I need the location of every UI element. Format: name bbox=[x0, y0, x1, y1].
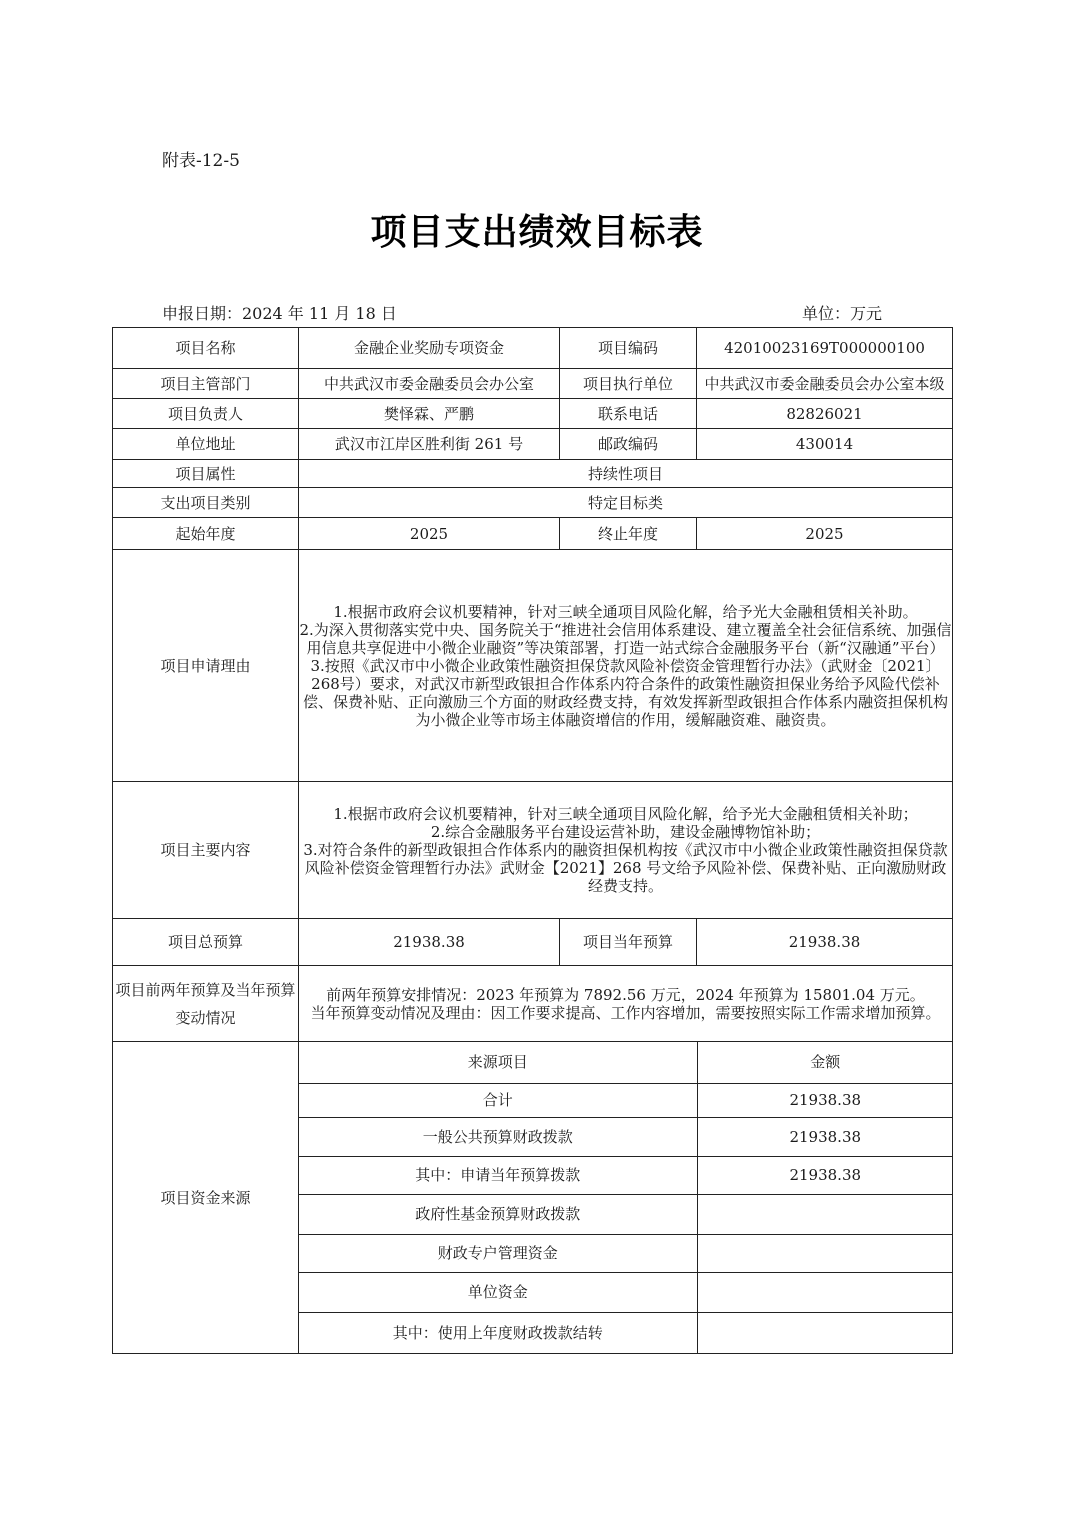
funding-label: 项目资金来源 bbox=[113, 1042, 299, 1354]
attachment-label: 附表-12-5 bbox=[162, 146, 240, 171]
department-value: 中共武汉市委金融委员会办公室 bbox=[299, 369, 560, 399]
total-budget-label: 项目总预算 bbox=[113, 919, 299, 966]
funding-amount: 21938.38 bbox=[697, 1156, 953, 1194]
reason-label: 项目申请理由 bbox=[113, 550, 299, 782]
category-value: 特定目标类 bbox=[299, 488, 953, 518]
funding-source: 财政专户管理资金 bbox=[299, 1234, 697, 1272]
funding-amount: 21938.38 bbox=[697, 1117, 953, 1156]
address-label: 单位地址 bbox=[113, 429, 299, 460]
project-code-label: 项目编码 bbox=[560, 328, 697, 369]
table-row: 项目前两年预算及当年预算变动情况 前两年预算安排情况：2023 年预算为 789… bbox=[113, 966, 953, 1042]
end-year-value: 2025 bbox=[697, 518, 953, 550]
funding-source: 其中：申请当年预算拨款 bbox=[299, 1156, 697, 1194]
owner-value: 樊怿霖、严鹏 bbox=[299, 399, 560, 429]
postcode-label: 邮政编码 bbox=[560, 429, 697, 460]
reason-paragraph: 2.为深入贯彻落实党中央、国务院关于“推进社会信用体系建设、建立覆盖全社会征信系… bbox=[299, 621, 952, 657]
content-value: 1.根据市政府会议机要精神，针对三峡全通项目风险化解，给予光大金融租赁相关补助；… bbox=[299, 782, 953, 919]
funding-amount bbox=[697, 1234, 953, 1272]
budget-change-paragraph: 前两年预算安排情况：2023 年预算为 7892.56 万元，2024 年预算为… bbox=[299, 986, 952, 1004]
phone-value: 82826021 bbox=[697, 399, 953, 429]
table-row: 起始年度 2025 终止年度 2025 bbox=[113, 518, 953, 550]
funding-row: 一般公共预算财政拨款 21938.38 bbox=[299, 1117, 953, 1156]
funding-amount bbox=[697, 1194, 953, 1234]
reason-value: 1.根据市政府会议机要精神，针对三峡全通项目风险化解，给予光大金融租赁相关补助。… bbox=[299, 550, 953, 782]
owner-label: 项目负责人 bbox=[113, 399, 299, 429]
funding-header-row: 来源项目 金额 bbox=[299, 1042, 953, 1083]
funding-source: 单位资金 bbox=[299, 1272, 697, 1312]
reason-paragraph: 3.按照《武汉市中小微企业政策性融资担保贷款风险补偿资金管理暂行办法》（武财金〔… bbox=[299, 657, 952, 729]
table-row: 项目名称 金融企业奖励专项资金 项目编码 42010023169T0000001… bbox=[113, 328, 953, 369]
reason-paragraph: 1.根据市政府会议机要精神，针对三峡全通项目风险化解，给予光大金融租赁相关补助。 bbox=[299, 603, 952, 621]
funding-row: 单位资金 bbox=[299, 1272, 953, 1312]
table-row: 项目主管部门 中共武汉市委金融委员会办公室 项目执行单位 中共武汉市委金融委员会… bbox=[113, 369, 953, 399]
executor-value: 中共武汉市委金融委员会办公室本级 bbox=[697, 369, 953, 399]
project-name-value: 金融企业奖励专项资金 bbox=[299, 328, 560, 369]
table-row: 单位地址 武汉市江岸区胜利街 261 号 邮政编码 430014 bbox=[113, 429, 953, 460]
table-row: 项目总预算 21938.38 项目当年预算 21938.38 bbox=[113, 919, 953, 966]
phone-label: 联系电话 bbox=[560, 399, 697, 429]
funding-amount bbox=[697, 1272, 953, 1312]
postcode-value: 430014 bbox=[697, 429, 953, 460]
unit-label: 单位：万元 bbox=[802, 301, 882, 324]
content-paragraph: 3.对符合条件的新型政银担合作体系内的融资担保机构按《武汉市中小微企业政策性融资… bbox=[299, 841, 952, 895]
table-row: 项目申请理由 1.根据市政府会议机要精神，针对三峡全通项目风险化解，给予光大金融… bbox=[113, 550, 953, 782]
funding-source: 合计 bbox=[299, 1083, 697, 1117]
funding-row: 合计 21938.38 bbox=[299, 1083, 953, 1117]
content-paragraph: 2.综合金融服务平台建设运营补助，建设金融博物馆补助； bbox=[299, 823, 952, 841]
funding-row: 财政专户管理资金 bbox=[299, 1234, 953, 1272]
budget-change-paragraph: 当年预算变动情况及理由：因工作要求提高、工作内容增加，需要按照实际工作需求增加预… bbox=[299, 1004, 952, 1022]
address-value: 武汉市江岸区胜利街 261 号 bbox=[299, 429, 560, 460]
category-label: 支出项目类别 bbox=[113, 488, 299, 518]
content-label: 项目主要内容 bbox=[113, 782, 299, 919]
total-budget-value: 21938.38 bbox=[299, 919, 560, 966]
source-header: 来源项目 bbox=[299, 1042, 697, 1083]
attribute-label: 项目属性 bbox=[113, 460, 299, 488]
start-year-value: 2025 bbox=[299, 518, 560, 550]
table-row: 项目负责人 樊怿霖、严鹏 联系电话 82826021 bbox=[113, 399, 953, 429]
table-row: 项目属性 持续性项目 bbox=[113, 460, 953, 488]
funding-row: 其中：使用上年度财政拨款结转 bbox=[299, 1312, 953, 1353]
funding-amount: 21938.38 bbox=[697, 1083, 953, 1117]
performance-target-table: 项目名称 金融企业奖励专项资金 项目编码 42010023169T0000001… bbox=[112, 327, 953, 1354]
amount-header: 金额 bbox=[697, 1042, 953, 1083]
funding-source-table: 来源项目 金额 合计 21938.38 一般公共预算财政拨款 21938.38 … bbox=[299, 1042, 953, 1353]
funding-source: 一般公共预算财政拨款 bbox=[299, 1117, 697, 1156]
funding-amount bbox=[697, 1312, 953, 1353]
executor-label: 项目执行单位 bbox=[560, 369, 697, 399]
content-paragraph: 1.根据市政府会议机要精神，针对三峡全通项目风险化解，给予光大金融租赁相关补助； bbox=[299, 805, 952, 823]
funding-source: 其中：使用上年度财政拨款结转 bbox=[299, 1312, 697, 1353]
funding-row: 政府性基金预算财政拨款 bbox=[299, 1194, 953, 1234]
end-year-label: 终止年度 bbox=[560, 518, 697, 550]
year-budget-value: 21938.38 bbox=[697, 919, 953, 966]
project-name-label: 项目名称 bbox=[113, 328, 299, 369]
report-date: 申报日期：2024 年 11 月 18 日 bbox=[162, 301, 397, 324]
funding-sources: 来源项目 金额 合计 21938.38 一般公共预算财政拨款 21938.38 … bbox=[299, 1042, 953, 1354]
table-row: 支出项目类别 特定目标类 bbox=[113, 488, 953, 518]
budget-change-label: 项目前两年预算及当年预算变动情况 bbox=[113, 966, 299, 1042]
attribute-value: 持续性项目 bbox=[299, 460, 953, 488]
start-year-label: 起始年度 bbox=[113, 518, 299, 550]
table-row: 项目主要内容 1.根据市政府会议机要精神，针对三峡全通项目风险化解，给予光大金融… bbox=[113, 782, 953, 919]
year-budget-label: 项目当年预算 bbox=[560, 919, 697, 966]
budget-change-value: 前两年预算安排情况：2023 年预算为 7892.56 万元，2024 年预算为… bbox=[299, 966, 953, 1042]
table-row: 项目资金来源 来源项目 金额 合计 21938.38 一般公共预算财政拨款 21… bbox=[113, 1042, 953, 1354]
funding-source: 政府性基金预算财政拨款 bbox=[299, 1194, 697, 1234]
project-code-value: 42010023169T000000100 bbox=[697, 328, 953, 369]
funding-row: 其中：申请当年预算拨款 21938.38 bbox=[299, 1156, 953, 1194]
document-title: 项目支出绩效目标表 bbox=[0, 204, 1074, 255]
department-label: 项目主管部门 bbox=[113, 369, 299, 399]
